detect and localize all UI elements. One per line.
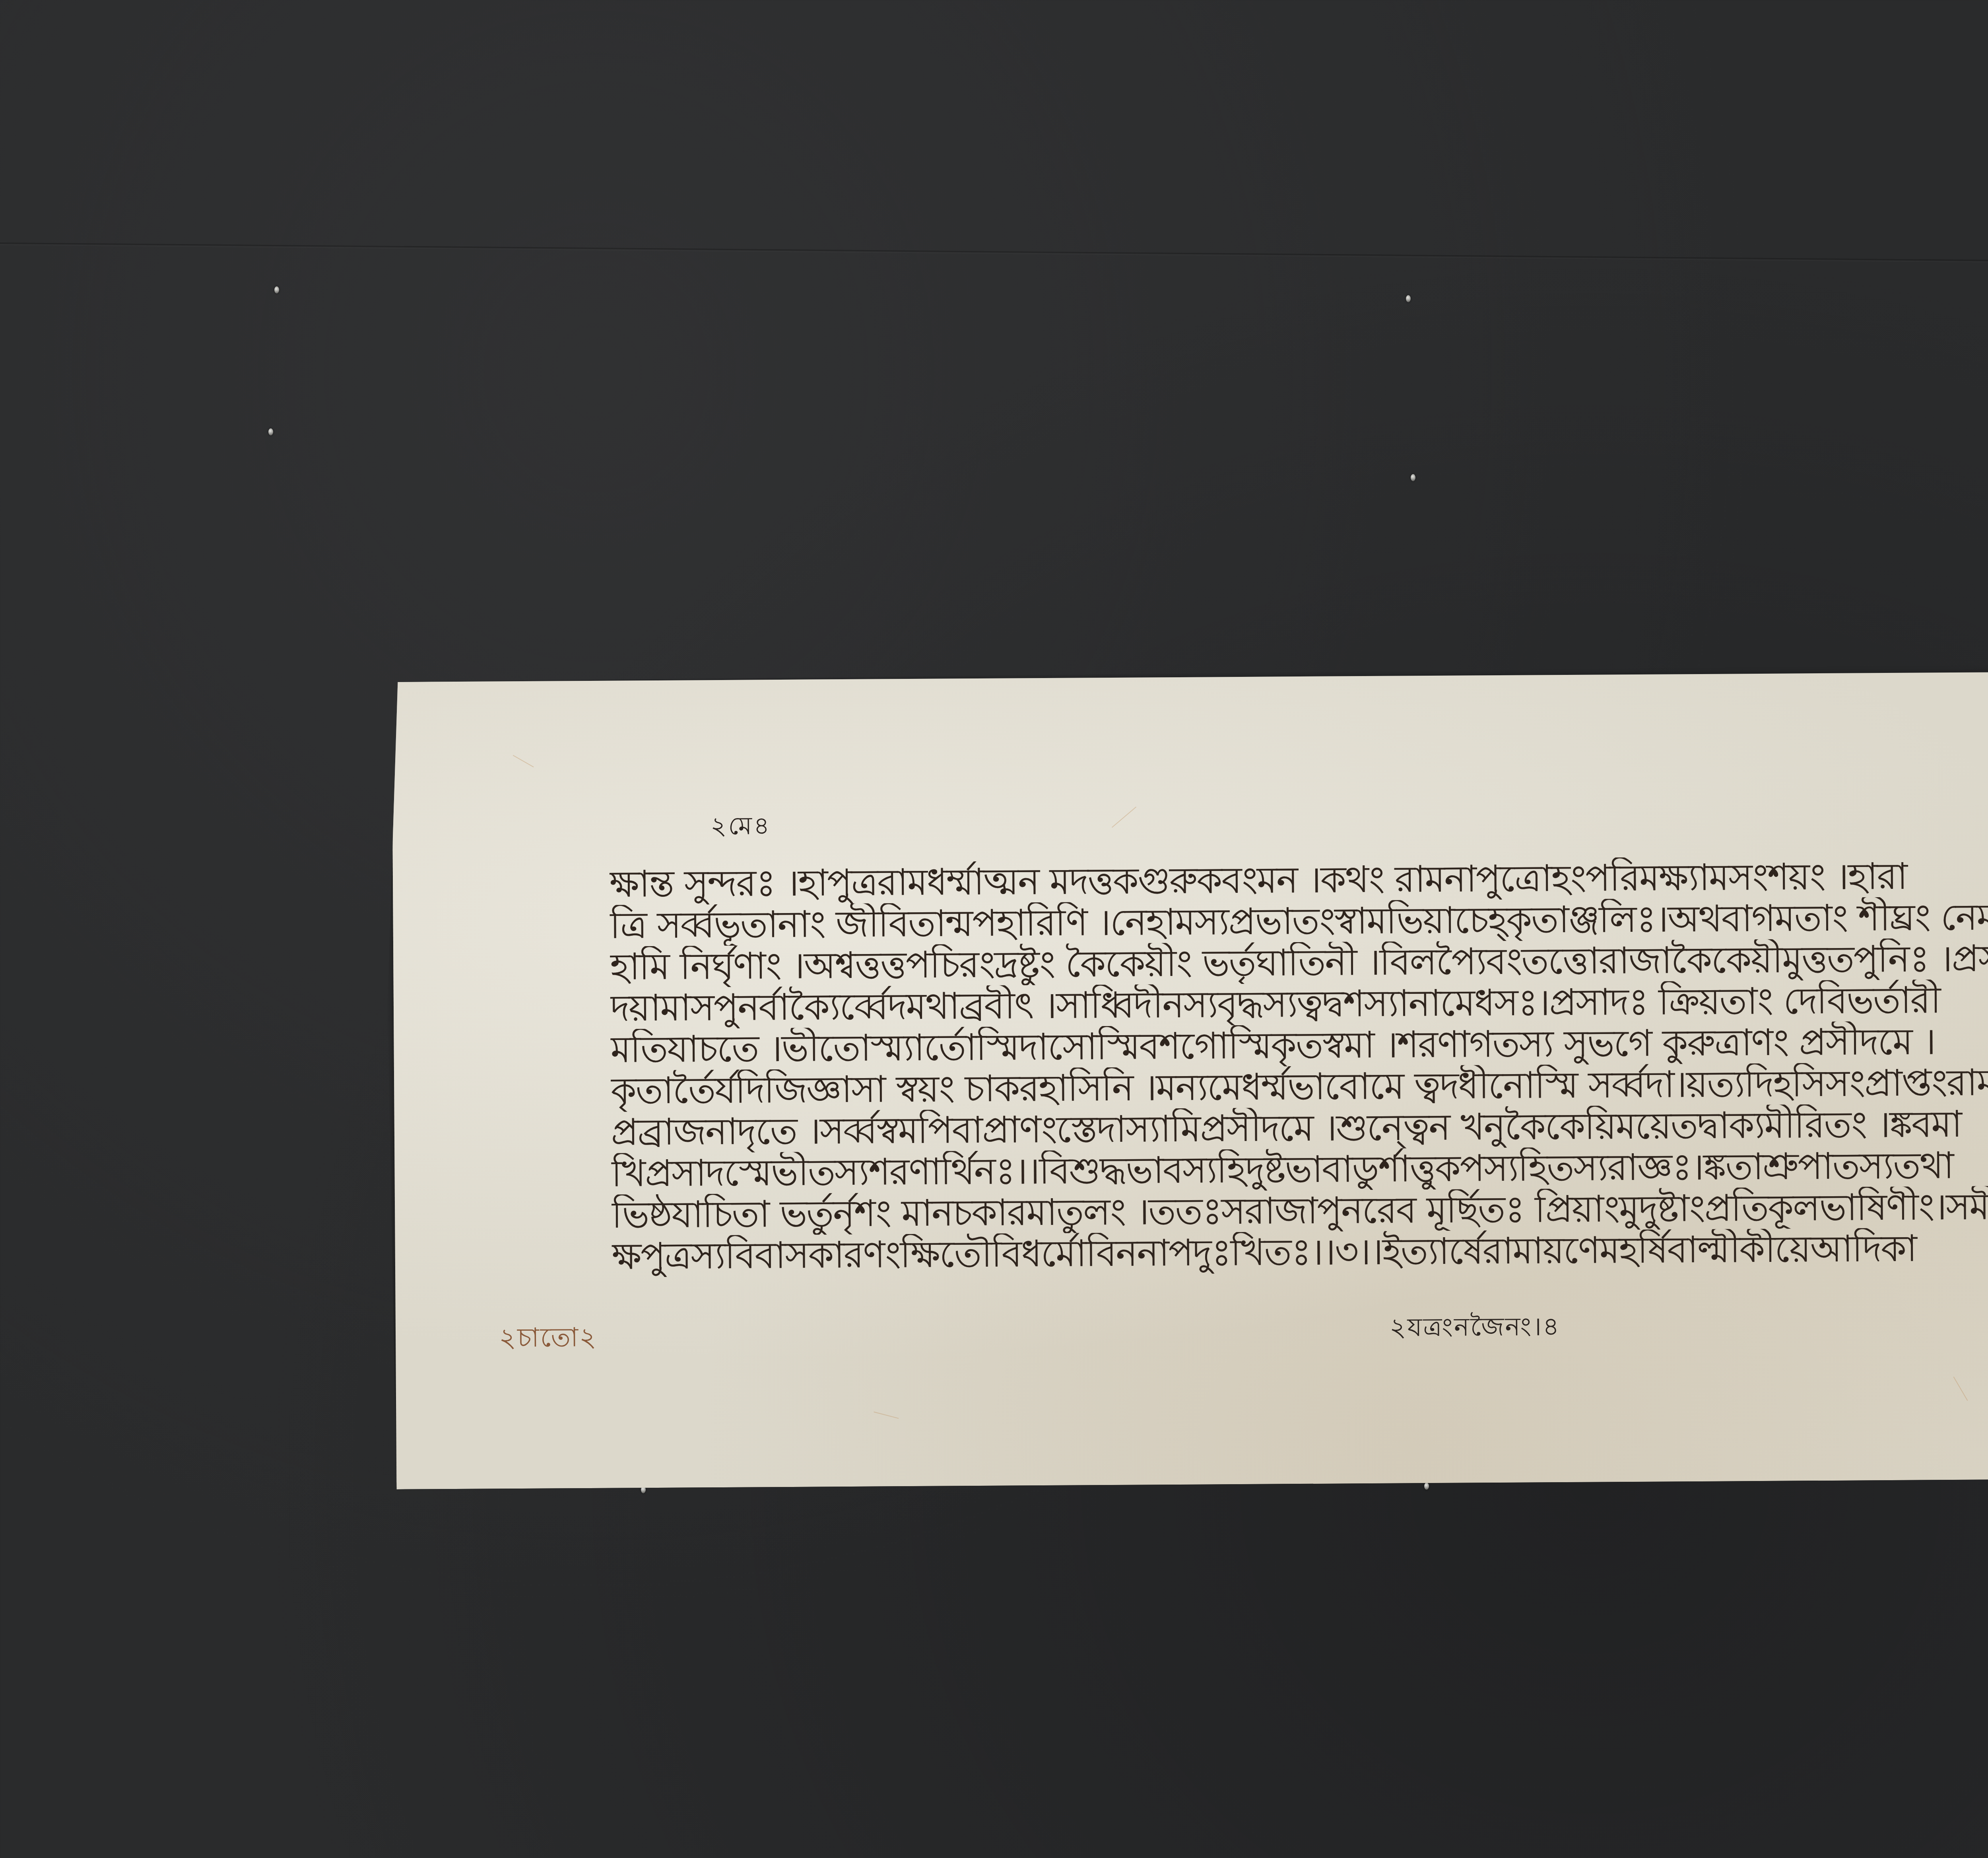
paper-fiber xyxy=(874,1411,899,1419)
pin-head xyxy=(1411,474,1415,481)
paper-fiber xyxy=(1953,1376,1968,1401)
marginal-note-left: ২চাতো২ xyxy=(499,1317,598,1362)
manuscript-line: ক্ষান্ত সুন্দরঃ ।হাপুত্ররামধর্ম্মাত্মন ম… xyxy=(610,853,1988,905)
pin-head xyxy=(1424,1483,1429,1490)
folio-number-top: ২মে৪ xyxy=(711,807,771,848)
marginal-note-bottom: ২যত্রংনজৈনং।৪ xyxy=(1390,1307,1561,1351)
paper-fiber xyxy=(513,755,534,767)
pin-head xyxy=(1406,295,1411,302)
background-crease xyxy=(0,243,1988,269)
manuscript-text-block: ক্ষান্ত সুন্দরঃ ।হাপুত্ররামধর্ম্মাত্মন ম… xyxy=(610,853,1988,1277)
paper-fiber xyxy=(1112,807,1136,828)
pin-head xyxy=(268,428,273,435)
manuscript-folio: ২মে৪ ক্ষান্ত সুন্দরঃ ।হাপুত্ররামধর্ম্মাত… xyxy=(392,670,1988,1489)
pin-head xyxy=(274,286,279,293)
